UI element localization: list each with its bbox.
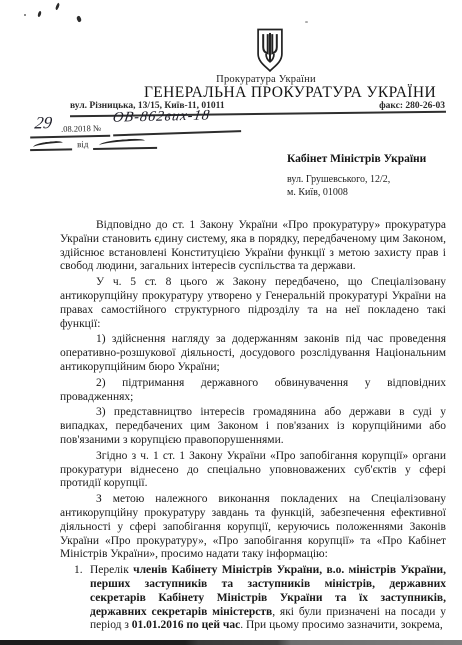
letter-body: Відповідно до ст. 1 Закону України «Про … — [60, 219, 446, 635]
handwritten-day: 29 — [33, 113, 53, 133]
recipient-address-line2: м. Київ, 01008 — [287, 187, 455, 200]
text-segment: 3) представництво інтересів громадянина … — [60, 406, 446, 446]
paragraph: Відповідно до ст. 1 Закону України «Про … — [60, 219, 446, 274]
fax-number: факс: 280-26-03 — [379, 101, 445, 111]
text-segment: Відповідно до ст. 1 Закону України «Про … — [60, 219, 446, 272]
recipient-name: Кабінет Міністрів України — [287, 153, 455, 165]
text-segment: 01.01.2016 по цей час — [132, 619, 240, 631]
pen-scribble — [99, 138, 145, 149]
handwritten-outgoing-number: ОВ-862вих-18 — [111, 107, 211, 126]
pen-scribble — [33, 140, 64, 150]
list-number: 1. — [74, 564, 83, 578]
scan-speckle — [24, 14, 26, 16]
scan-speckle — [305, 21, 308, 23]
paragraph: З метою належного виконання покладених н… — [60, 493, 446, 562]
recipient-block: Кабінет Міністрів України вул. Грушевськ… — [287, 153, 455, 199]
scan-speckle — [76, 15, 82, 22]
text-segment: З метою належного виконання покладених н… — [60, 493, 446, 560]
paragraph: У ч. 5 ст. 8 цього ж Закону передбачено,… — [60, 276, 446, 331]
recipient-address-line1: вул. Грушевського, 12/2, — [287, 174, 455, 187]
from-line: від — [30, 135, 158, 151]
blank-line — [93, 135, 157, 150]
text-segment: 2) підтримання державного обвинувачення … — [60, 377, 446, 403]
paragraph: 3) представництво інтересів громадянина … — [60, 406, 446, 447]
paragraph: 2) підтримання державного обвинувачення … — [60, 377, 446, 405]
text-segment: У ч. 5 ст. 8 цього ж Закону передбачено,… — [60, 276, 446, 329]
text-segment: . При цьому просимо зазначити, зокрема, — [240, 619, 442, 631]
list-item: 1.Перелік членів Кабінету Міністрів Укра… — [90, 564, 446, 633]
scanned-letter-page: Прокуратура України ГЕНЕРАЛЬНА ПРОКУРАТУ… — [0, 0, 462, 645]
org-name-large: ГЕНЕРАЛЬНА ПРОКУРАТУРА УКРАЇНИ — [118, 84, 462, 102]
paragraph: 1) здійснення нагляду за додержанням зак… — [60, 333, 446, 374]
scan-speckle — [37, 11, 42, 18]
ukraine-trident-emblem-icon — [253, 27, 287, 74]
from-label: від — [77, 139, 89, 150]
blank-line — [30, 136, 72, 151]
scan-edge-strip — [0, 640, 462, 645]
text-segment: 1) здійснення нагляду за додержанням зак… — [60, 333, 446, 373]
printed-date-label: .08.2018 № — [61, 123, 101, 134]
text-segment: Перелік — [90, 564, 133, 576]
paragraph: Згідно з ч. 1 ст. 1 Закону України «Про … — [60, 450, 446, 491]
scan-speckle — [54, 3, 60, 11]
text-segment: Згідно з ч. 1 ст. 1 Закону України «Про … — [60, 450, 446, 490]
